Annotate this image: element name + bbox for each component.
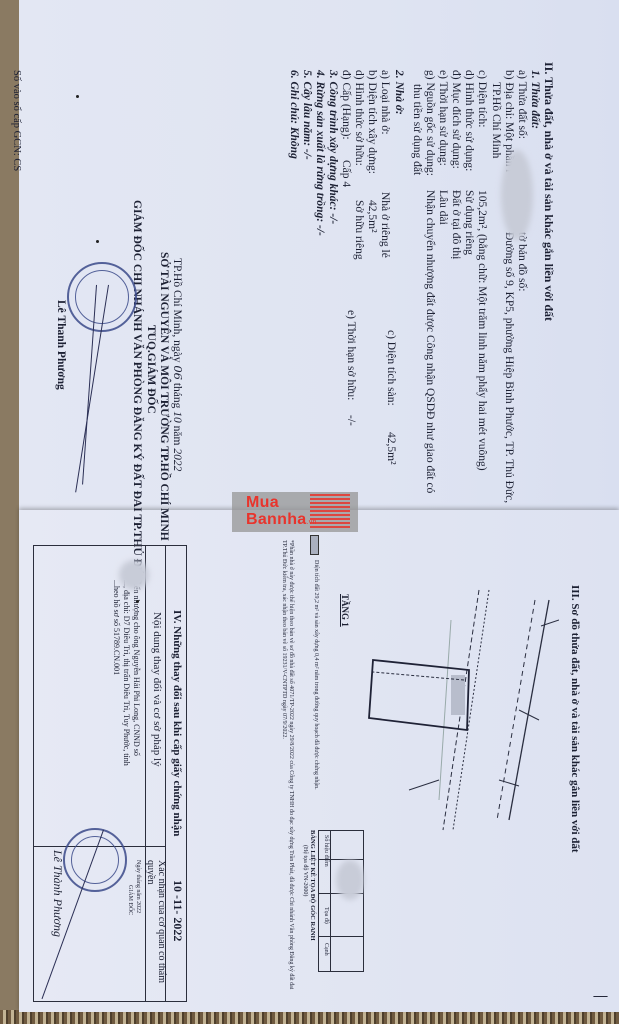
sign-office: GIÁM ĐỐC CHI NHÁNH VĂN PHÒNG ĐĂNG KÝ ĐẤT… [130, 200, 143, 584]
floor-label: TẦNG 1 [338, 594, 351, 627]
sign-year-label: năm [171, 426, 183, 446]
house-ownership-label: d) Hình thức sở hữu: [352, 70, 365, 166]
house-type-value: Nhà ở riêng lẻ [378, 192, 391, 258]
coord-col-edge: Cạnh [322, 943, 329, 956]
house-type-label: a) Loại nhà ở: [378, 70, 391, 135]
sign-place-date: TP.Hồ Chí Minh, ngày 06 tháng 10 năm 202… [170, 258, 184, 471]
house-build-area-value: 42,5m² [365, 200, 378, 233]
production-forest: 4. Rừng sản xuất là rừng trồng: -/- [313, 70, 326, 236]
house-grade-value: Cấp 4 [339, 160, 352, 187]
section-iv-entry-3: ...heo hồ sơ số 51789.CN.001 [110, 580, 123, 675]
sign-role: TUQ.GIÁM ĐỐC [144, 325, 157, 414]
land-purpose-label: đ) Mục đích sử dụng: [449, 70, 462, 169]
coord-col-point: Số hiệu điểm [322, 835, 329, 867]
section-iv-confirm-date: Ngày tháng năm 2022 [134, 860, 141, 913]
paper-mark [96, 240, 99, 243]
section-iv-title: IV. Những thay đổi sau khi cấp giấy chứn… [170, 610, 183, 836]
sign-month: 10 [171, 411, 183, 423]
section-iv-col-confirm: Xác nhận của cơ quan có thẩm quyền [145, 860, 167, 990]
land-term-label: e) Thời hạn sử dụng: [436, 70, 449, 166]
paper-mark [136, 600, 139, 603]
watermark-line-1: Mua [246, 495, 279, 511]
house-term-value: -/- [344, 415, 357, 426]
land-city: TP.Hồ Chí Minh [489, 82, 502, 158]
land-origin-value: Nhận chuyển nhượng đất được Công nhận QS… [423, 190, 436, 493]
sign-day: 06 [171, 365, 185, 380]
legend-swatch [310, 535, 319, 555]
land-origin-cont: thu tiền sử dụng đất [410, 84, 423, 175]
land-use-form-value: Sử dụng riêng [462, 190, 475, 255]
sign-year: 2022 [171, 448, 183, 471]
coord-col-group: Tọa độ [322, 907, 329, 924]
section-iv-col-content: Nội dung thay đổi và cơ sở pháp lý [150, 612, 163, 767]
house-build-area-label: b) Diện tích xây dựng: [365, 70, 378, 174]
mua-ban-nha-watermark: Mua Bannha.vn [232, 492, 358, 532]
redacted-coords [336, 860, 364, 900]
section-iv-signer: Lê Thành Phương [51, 850, 64, 937]
diagram-footnote: *Phần nhà ở này được thể hiện theo bản v… [280, 540, 294, 1000]
watermark-brand: Bannha [246, 511, 306, 528]
coord-table: Số hiệu điểm Tọa độ Cạnh [318, 830, 364, 972]
house-ownership-value: Sở hữu riêng [352, 200, 365, 260]
house-term-label: e) Thời hạn sở hữu: [344, 310, 357, 400]
house-heading: 2. Nhà ở: [392, 70, 405, 115]
land-area-label: c) Diện tích: [475, 70, 488, 127]
land-address-cont: Đường số 9, KP5, phường Hiệp Bình Phước,… [502, 232, 515, 503]
land-map-sheet: tờ bản đồ số: [515, 232, 528, 291]
land-parcel-number: a) Thửa đất số: [515, 70, 528, 139]
parcel-diagram [359, 560, 559, 860]
section-iv-seal-stamp [63, 828, 127, 892]
other-construction: 3. Công trình xây dựng khác: -/- [326, 70, 339, 224]
land-origin-label: g) Nguồn gốc sử dụng: [423, 70, 436, 176]
watermark-line-2: Bannha.vn [246, 512, 317, 531]
land-area-value: 105,2m², (bằng chữ: Một trăm linh năm ph… [475, 190, 488, 471]
land-use-form-label: d) Hình thức sử dụng: [462, 70, 475, 171]
land-heading: 1. Thửa đất: [528, 70, 541, 129]
perennial-trees: 5. Cây lâu năm: -/- [300, 70, 313, 160]
paper-mark-dash: — [594, 991, 608, 1004]
coord-table-subtitle: (Hệ tọa độ VN-2000) [298, 845, 311, 896]
sign-place-label: TP.Hồ Chí Minh, ngày [171, 258, 183, 362]
section-iv-confirm-role: GIÁM ĐỐC [126, 885, 133, 915]
sign-month-label: tháng [171, 383, 183, 409]
sign-department: SỞ TÀI NGUYÊN VÀ MÔI TRƯỜNG TP.HỒ CHÍ MI… [157, 252, 170, 541]
signer-name: Lê Thanh Phương [54, 300, 67, 390]
registry-number: Số vào sổ cấp GCN: CS [10, 70, 23, 171]
notes: 6. Ghi chú: Không [287, 70, 300, 159]
house-floor-area-label: c) Diện tích sàn: [384, 330, 397, 406]
house-floor-area-value: 42,5m² [384, 432, 397, 465]
redacted-entry [119, 560, 149, 590]
section-iii-title: III. Sơ đồ thửa đất, nhà ở và tài sản kh… [568, 585, 581, 853]
section-iv-date: 10 -11- 2022 [171, 880, 184, 941]
house-grade-label: đ) Cấp (Hạng): [339, 70, 352, 140]
land-purpose-value: Đất ở tại đô thị [449, 190, 462, 259]
section-ii-title: II. Thửa đất, nhà ở và tài sản khác gắn … [542, 62, 555, 321]
paper-mark [76, 95, 79, 98]
redacted-parcel-info [501, 150, 533, 240]
watermark-building-icon [310, 494, 350, 530]
land-term-value: Lâu dài [436, 190, 449, 225]
